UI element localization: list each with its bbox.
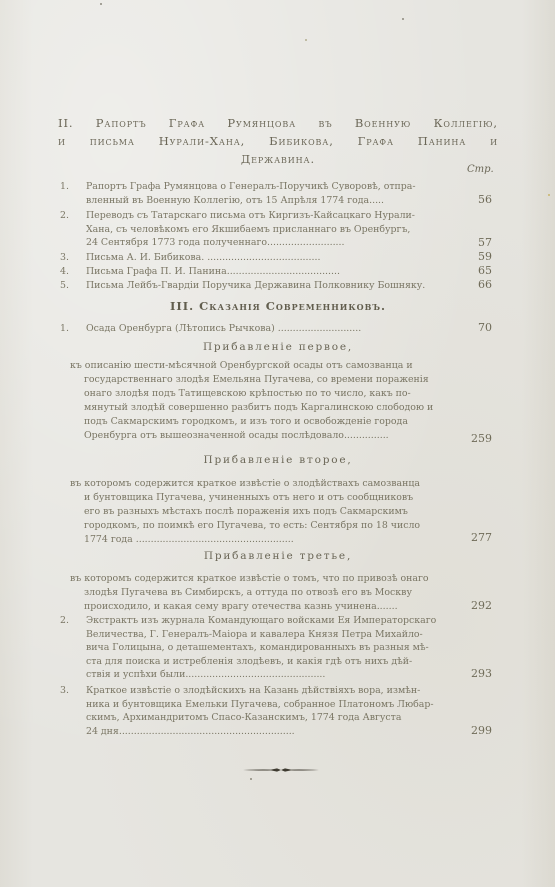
entry-number: 3.	[60, 684, 69, 698]
page-number: 65	[468, 264, 492, 277]
para-line: государственнаго злодѣя Емельяна Пугачев…	[70, 373, 492, 387]
para-line: въ которомъ содержится краткое извѣстіе …	[70, 572, 492, 586]
toc-entry-3-1: 1. Осада Оренбурга (Лѣтопись Рычкова) ..…	[62, 322, 492, 336]
paper-speck	[305, 39, 307, 41]
entry-line: Величества, Г. Генералъ-Маіора и кавалер…	[62, 628, 492, 642]
addendum-3-title: Прибавленіе третье,	[58, 550, 498, 562]
para-line: 1774 года ..............................…	[70, 533, 492, 547]
entry-number: 4.	[60, 265, 69, 279]
entry-number: 3.	[60, 251, 69, 265]
entry-line: ста для поиска и истребленія злодѣевъ, и…	[62, 655, 492, 669]
part-2-heading: II. Рапортъ Графа Румянцова въ Военную К…	[58, 114, 498, 168]
part-3-heading: III. Сказанія Современниковъ.	[58, 299, 498, 313]
para-line: онаго злодѣя подъ Татищевскою крѣпостью …	[70, 387, 492, 401]
toc-entry-2-2: 2. Переводъ съ Татарскаго письма отъ Кир…	[62, 209, 492, 250]
page-number: 259	[468, 432, 492, 445]
addendum-2-title: Прибавленіе второе,	[58, 454, 498, 466]
addendum-3-text: въ которомъ содержится краткое извѣстіе …	[70, 572, 492, 614]
entry-line: Экстрактъ изъ журнала Командующаго войск…	[62, 614, 492, 628]
para-line: злодѣя Пугачева въ Симбирскъ, а оттуда п…	[70, 586, 492, 600]
toc-entry-2-4: 4. Письма Графа П. И. Панина............…	[62, 265, 492, 279]
page-number: 57	[468, 236, 492, 249]
para-line: въ которомъ содержится краткое извѣстіе …	[70, 477, 492, 491]
toc-entry-2-3: 3. Письма А. И. Бибикова. ..............…	[62, 251, 492, 265]
paper-speck	[100, 3, 102, 5]
page-number: 299	[468, 724, 492, 737]
addendum-1-title: Прибавленіе первое,	[58, 341, 498, 353]
entry-number: 1.	[60, 180, 69, 194]
page-number: 66	[468, 278, 492, 291]
ornament-divider-icon	[241, 766, 321, 774]
entry-line: Переводъ съ Татарскаго письма отъ Киргиз…	[62, 209, 492, 223]
entry-line: Письма А. И. Бибикова. .................…	[62, 251, 492, 265]
page-column-label: Стр.	[467, 164, 494, 175]
addendum-2-text: въ которомъ содержится краткое извѣстіе …	[70, 477, 492, 547]
paper-speck	[402, 18, 404, 20]
entry-line: ствія и успѣхи были.....................…	[62, 668, 492, 682]
page-number: 59	[468, 250, 492, 263]
para-line: городкомъ, по поимкѣ его Пугачева, то ес…	[70, 519, 492, 533]
entry-line: Письма Лейбъ-Гвардіи Поручика Державина …	[62, 279, 492, 293]
toc-entry-2-5: 5. Письма Лейбъ-Гвардіи Поручика Держави…	[62, 279, 492, 293]
addendum-1-text: къ описанію шести-мѣсячной Оренбургской …	[70, 359, 492, 443]
entry-line: 24 дня..................................…	[62, 725, 492, 739]
page-number: 292	[468, 599, 492, 612]
para-line: Оренбурга отъ вышеозначенной осады послѣ…	[70, 429, 492, 443]
para-line: мянутый злодѣй совершенно разбитъ подъ К…	[70, 401, 492, 415]
entry-line: вленный въ Военную Коллегію, отъ 15 Апрѣ…	[62, 194, 492, 208]
toc-entry-2-1: 1. Рапортъ Графа Румянцова о Генералъ-По…	[62, 180, 492, 207]
toc-entry-3-3: 3. Краткое извѣстіе о злодѣйскихъ на Каз…	[62, 684, 492, 738]
page-number: 70	[468, 321, 492, 334]
heading-line-3: Державина.	[58, 150, 498, 168]
entry-line: скимъ, Архимандритомъ Спасо-Казанскимъ, …	[62, 711, 492, 725]
paper-speck	[250, 778, 252, 780]
para-line: и бунтовщика Пугачева, учиненныхъ отъ не…	[70, 491, 492, 505]
page-number: 56	[468, 193, 492, 206]
entry-line: Осада Оренбурга (Лѣтопись Рычкова) .....…	[62, 322, 492, 336]
entry-line: вича Голицына, о деташементахъ, командир…	[62, 641, 492, 655]
entry-line: Рапортъ Графа Румянцова о Генералъ-Поруч…	[62, 180, 492, 194]
entry-number: 2.	[60, 209, 69, 223]
entry-number: 2.	[60, 614, 69, 628]
para-line: подъ Сакмарскимъ городкомъ, и изъ того и…	[70, 415, 492, 429]
entry-line: ника и бунтовщика Емельки Пугачева, собр…	[62, 698, 492, 712]
heading-line-1: II. Рапортъ Графа Румянцова въ Военную К…	[58, 114, 498, 132]
entry-number: 5.	[60, 279, 69, 293]
para-line: происходило, и какая сему врагу отечеств…	[70, 600, 492, 614]
entry-line: 24 Сентября 1773 года полученнаго.......…	[62, 236, 492, 250]
paper-speck	[548, 194, 550, 196]
toc-entry-3-2: 2. Экстрактъ изъ журнала Командующаго во…	[62, 614, 492, 682]
entry-line: Краткое извѣстіе о злодѣйскихъ на Казань…	[62, 684, 492, 698]
entry-number: 1.	[60, 322, 69, 336]
book-page: II. Рапортъ Графа Румянцова въ Военную К…	[0, 0, 555, 887]
entry-line: Письма Графа П. И. Панина...............…	[62, 265, 492, 279]
page-number: 293	[468, 667, 492, 680]
para-line: къ описанію шести-мѣсячной Оренбургской …	[70, 359, 492, 373]
para-line: его въ разныхъ мѣстахъ послѣ пораженія и…	[70, 505, 492, 519]
entry-line: Хана, съ человѣкомъ его Якшибаемъ присла…	[62, 223, 492, 237]
heading-line-2: и письма Нурали-Хана, Бибикова, Графа Па…	[58, 132, 498, 150]
page-number: 277	[468, 531, 492, 544]
